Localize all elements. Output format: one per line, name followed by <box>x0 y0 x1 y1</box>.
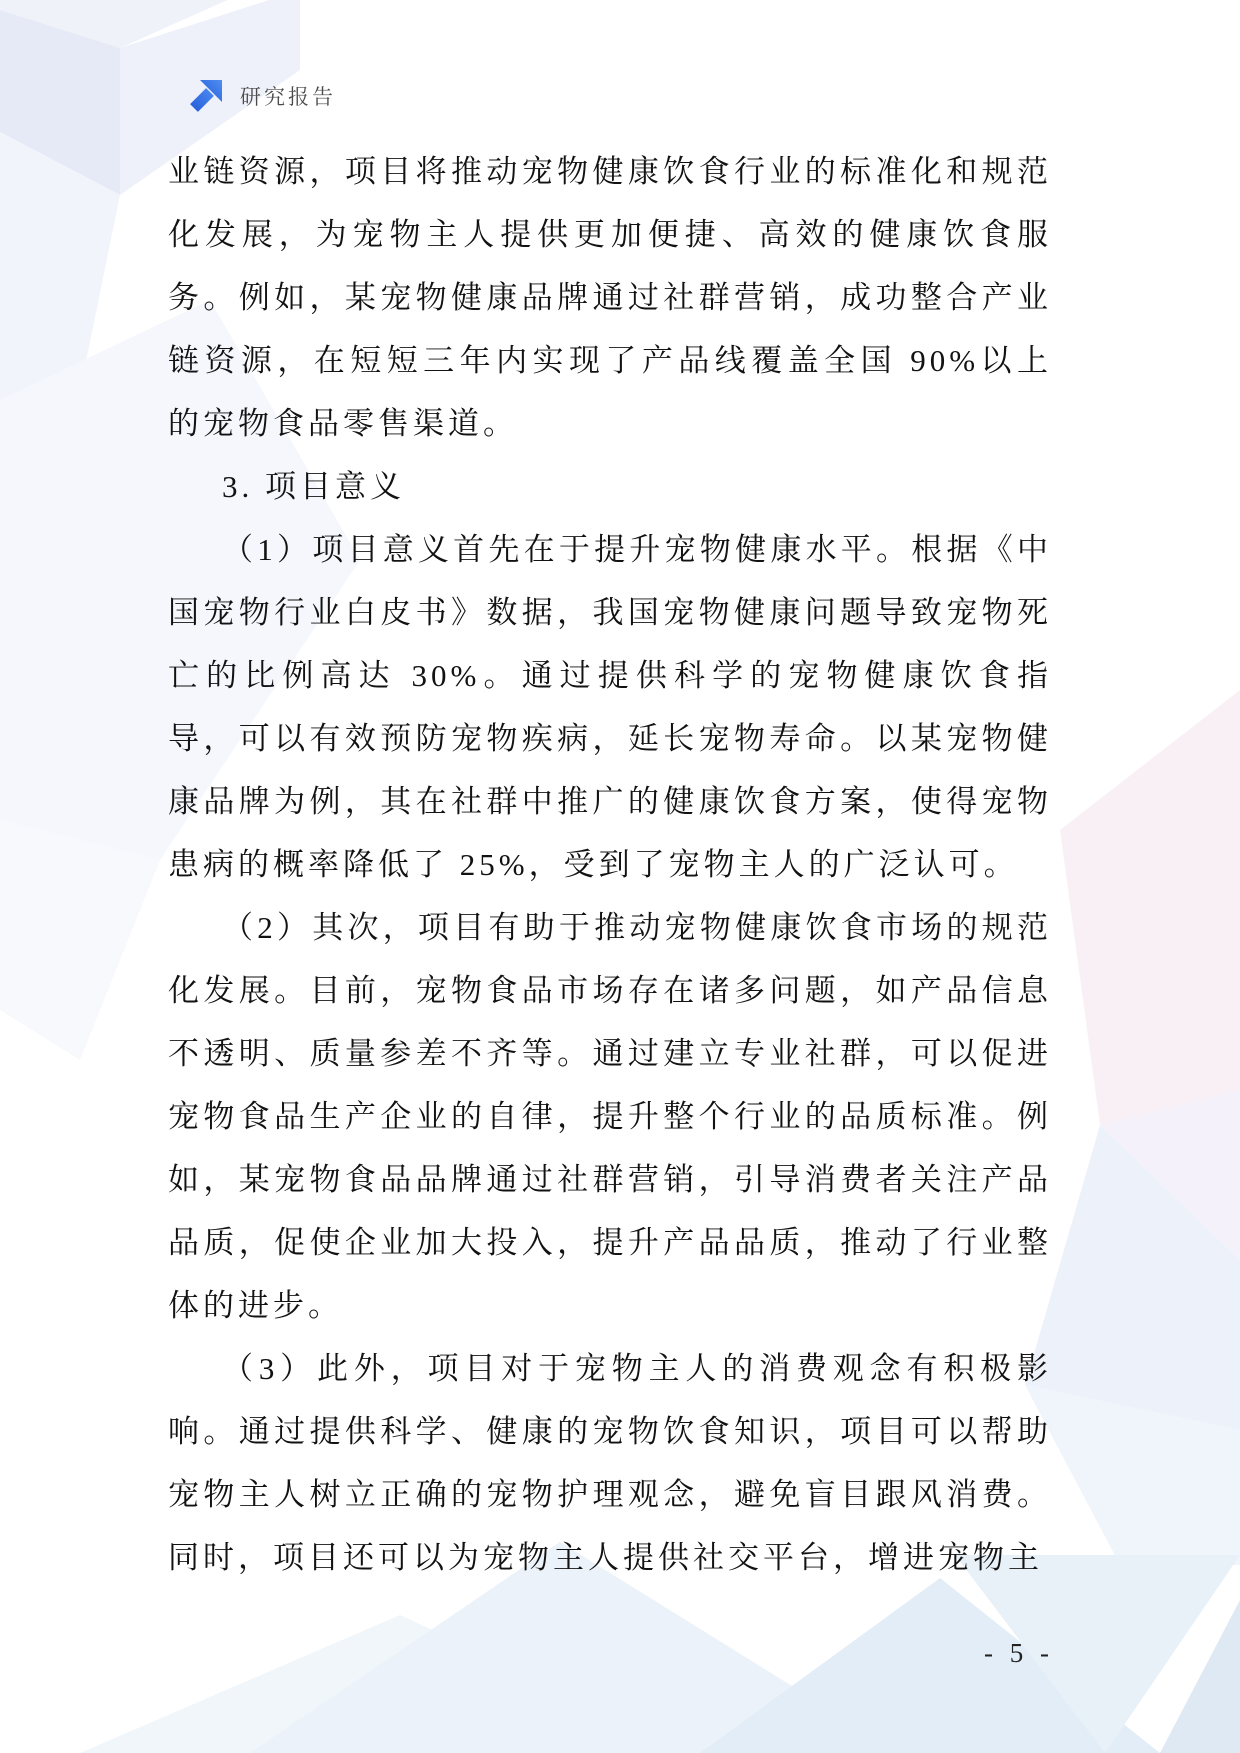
point-3-paragraph: （3）此外，项目对于宠物主人的消费观念有积极影响。通过提供科学、健康的宠物饮食知… <box>168 1337 1052 1589</box>
point-1-paragraph: （1）项目意义首先在于提升宠物健康水平。根据《中国宠物行业白皮书》数据，我国宠物… <box>168 518 1052 896</box>
report-logo-text: 研究报告 <box>240 81 336 111</box>
deco-polygon-top-left-4 <box>0 132 120 440</box>
deco-polygon-right-lavender <box>1025 1125 1240 1430</box>
deco-polygon-top-left-2 <box>0 10 120 195</box>
deco-polygon-bottom-5 <box>1160 1600 1240 1753</box>
deco-polygon-bottom-1 <box>80 1615 700 1753</box>
page-footer: - 5 - <box>984 1638 1054 1669</box>
deco-polygon-right-blue <box>1025 1385 1240 1565</box>
arrow-up-right-icon <box>186 76 226 116</box>
section-heading: 3. 项目意义 <box>168 455 1052 518</box>
document-body: 业链资源，项目将推动宠物健康饮食行业的标准化和规范化发展，为宠物主人提供更加便捷… <box>168 140 1052 1589</box>
deco-polygon-top-left-1 <box>0 0 250 48</box>
deco-polygon-left-mid <box>0 820 160 1060</box>
deco-polygon-bottom-3 <box>700 1578 1160 1753</box>
deco-polygon-right-pink-facet <box>1100 1090 1240 1260</box>
deco-polygon-right-pink <box>1060 690 1240 1125</box>
continuation-paragraph: 业链资源，项目将推动宠物健康饮食行业的标准化和规范化发展，为宠物主人提供更加便捷… <box>168 140 1052 455</box>
page-number: - 5 - <box>984 1638 1054 1668</box>
report-page: 研究报告 业链资源，项目将推动宠物健康饮食行业的标准化和规范化发展，为宠物主人提… <box>0 0 1240 1753</box>
page-header: 研究报告 <box>186 76 336 116</box>
point-2-paragraph: （2）其次，项目有助于推动宠物健康饮食市场的规范化发展。目前，宠物食品市场存在诸… <box>168 896 1052 1337</box>
